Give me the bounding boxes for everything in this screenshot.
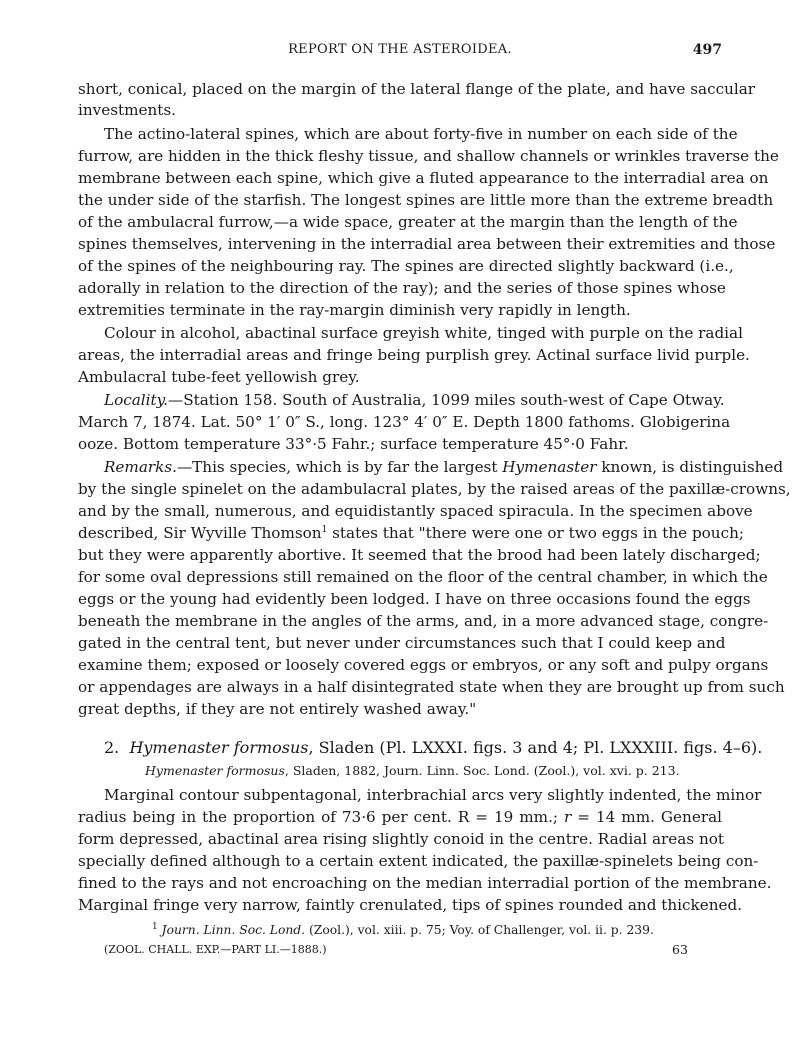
- species-name: Hymenaster formosus: [129, 738, 308, 757]
- page-number: 497: [693, 42, 722, 58]
- text-line: areas, the interradial areas and fringe …: [78, 344, 722, 366]
- text-line: and by the small, numerous, and equidist…: [78, 500, 722, 522]
- text-line: gated in the central tent, but never und…: [78, 632, 722, 654]
- text-line: Colour in alcohol, abactinal surface gre…: [104, 322, 722, 344]
- text-line: examine them; exposed or loosely covered…: [78, 654, 722, 676]
- footnote-journal: Journ. Linn. Soc. Lond.: [162, 923, 305, 937]
- text-line: extremities terminate in the ray-margin …: [78, 299, 722, 321]
- running-head: REPORT ON THE ASTEROIDEA. 497: [78, 42, 722, 62]
- remarks-line: Remarks.—This species, which is by far t…: [104, 456, 722, 478]
- text-line: The actino-lateral spines, which are abo…: [104, 123, 722, 145]
- text-line: Ambulacral tube-feet yellowish grey.: [78, 366, 722, 388]
- text-line: short, conical, placed on the margin of …: [78, 78, 722, 100]
- text-line: March 7, 1874. Lat. 50° 1′ 0″ S., long. …: [78, 411, 722, 433]
- text-line: specially defined although to a certain …: [78, 850, 722, 872]
- synonymy-line: Hymenaster formosus, Sladen, 1882, Journ…: [145, 762, 680, 780]
- text-line: by the single spinelet on the adambulacr…: [78, 478, 722, 500]
- text-line: furrow, are hidden in the thick fleshy t…: [78, 145, 722, 167]
- remarks-label: Remarks.: [104, 458, 177, 476]
- text-line: fined to the rays and not encroaching on…: [78, 872, 722, 894]
- species-heading: 2. Hymenaster formosus, Sladen (Pl. LXXX…: [104, 737, 722, 759]
- document-page: REPORT ON THE ASTEROIDEA. 497 short, con…: [0, 0, 800, 1050]
- text-line: ooze. Bottom temperature 33°·5 Fahr.; su…: [78, 433, 722, 455]
- footnote-marker: 1: [152, 922, 158, 932]
- text-line: adorally in relation to the direction of…: [78, 277, 722, 299]
- text-line: the under side of the starfish. The long…: [78, 189, 722, 211]
- text-line: beneath the membrane in the angles of th…: [78, 610, 722, 632]
- text-line: great depths, if they are not entirely w…: [78, 698, 722, 720]
- printer-signature: (ZOOL. CHALL. EXP.—PART LI.—1888.): [104, 940, 327, 959]
- text-line: for some oval depressions still remained…: [78, 566, 722, 588]
- text-line: or appendages are always in a half disin…: [78, 676, 722, 698]
- text-line: form depressed, abactinal area rising sl…: [78, 828, 722, 850]
- text-line: of the spines of the neighbouring ray. T…: [78, 255, 722, 277]
- signature-mark: 63: [672, 941, 688, 959]
- text-line: membrane between each spine, which give …: [78, 167, 722, 189]
- text-line: described, Sir Wyville Thomson1 states t…: [78, 522, 722, 544]
- running-title: REPORT ON THE ASTEROIDEA.: [78, 42, 722, 57]
- text-line: radius being in the proportion of 73·6 p…: [78, 806, 722, 828]
- text-line: eggs or the young had evidently been lod…: [78, 588, 722, 610]
- locality-label: Locality.: [104, 391, 168, 409]
- genus-name: Hymenaster: [502, 458, 596, 476]
- text-line: but they were apparently abortive. It se…: [78, 544, 722, 566]
- synonym-name: Hymenaster formosus: [145, 763, 285, 778]
- text-line: of the ambulacral furrow,—a wide space, …: [78, 211, 722, 233]
- text-line: spines themselves, intervening in the in…: [78, 233, 722, 255]
- text-line: Marginal contour subpentagonal, interbra…: [104, 784, 722, 806]
- locality-line: Locality.—Station 158. South of Australi…: [104, 389, 722, 411]
- text-line: Marginal fringe very narrow, faintly cre…: [78, 894, 722, 916]
- footnote: 1 Journ. Linn. Soc. Lond. (Zool.), vol. …: [152, 921, 654, 939]
- text-line: investments.: [78, 99, 722, 121]
